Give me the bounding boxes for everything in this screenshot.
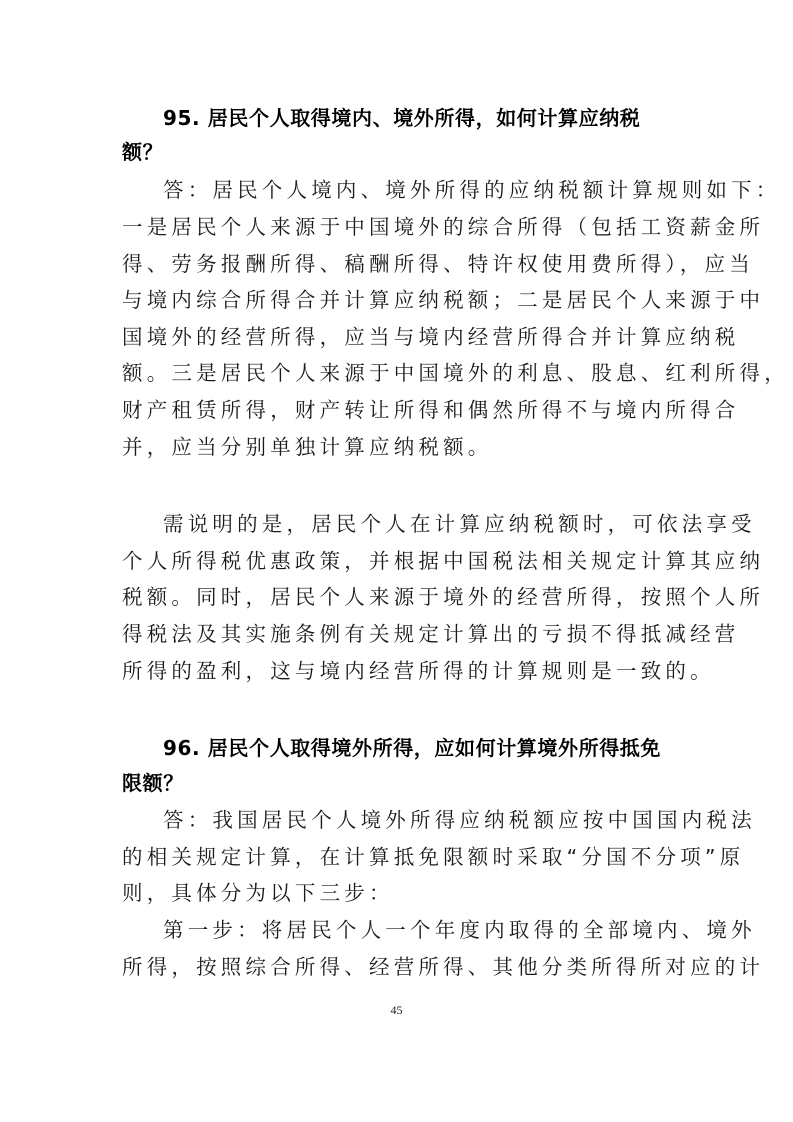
paragraph-line: 得、劳务报酬所得、稿酬所得、特许权使用费所得），应当 bbox=[122, 252, 674, 276]
paragraph-line: 一是居民个人来源于中国境外的综合所得（包括工资薪金所 bbox=[122, 215, 674, 239]
section-96-heading: 96. 居民个人取得境外所得，应如何计算境外所得抵免 bbox=[163, 736, 674, 760]
section-96-heading-cont: 限额？ bbox=[122, 771, 674, 795]
paragraph-line: 所得的盈利，这与境内经营所得的计算规则是一致的。 bbox=[122, 659, 674, 683]
paragraph-line: 个人所得税优惠政策，并根据中国税法相关规定计算其应纳 bbox=[122, 549, 674, 573]
paragraph-line: 财产租赁所得，财产转让所得和偶然所得不与境内所得合 bbox=[122, 398, 674, 422]
paragraph-line: 并，应当分别单独计算应纳税额。 bbox=[122, 435, 674, 459]
paragraph-line: 需说明的是，居民个人在计算应纳税额时，可依法享受 bbox=[163, 512, 674, 536]
paragraph-line: 与境内综合所得合并计算应纳税额；二是居民个人来源于中 bbox=[122, 288, 674, 312]
paragraph-line: 额。三是居民个人来源于中国境外的利息、股息、红利所得， bbox=[122, 361, 674, 385]
page-number: 45 bbox=[0, 1003, 793, 1018]
section-95-heading: 95. 居民个人取得境内、境外所得，如何计算应纳税 bbox=[163, 106, 674, 130]
paragraph-line: 则，具体分为以下三步： bbox=[122, 881, 674, 905]
paragraph-line: 答：我国居民个人境外所得应纳税额应按中国国内税法 bbox=[163, 808, 674, 832]
paragraph-line: 答：居民个人境内、境外所得的应纳税额计算规则如下： bbox=[163, 178, 674, 202]
paragraph-line: 国境外的经营所得，应当与境内经营所得合并计算应纳税 bbox=[122, 325, 674, 349]
paragraph-line: 税额。同时，居民个人来源于境外的经营所得，按照个人所 bbox=[122, 585, 674, 609]
paragraph-line: 第一步：将居民个人一个年度内取得的全部境内、境外 bbox=[163, 918, 674, 942]
section-95-heading-cont: 额？ bbox=[122, 140, 674, 164]
paragraph-line: 得税法及其实施条例有关规定计算出的亏损不得抵减经营 bbox=[122, 622, 674, 646]
paragraph-line: 所得，按照综合所得、经营所得、其他分类所得所对应的计 bbox=[122, 955, 674, 979]
paragraph-line: 的相关规定计算，在计算抵免限额时采取“分国不分项”原 bbox=[122, 845, 674, 869]
